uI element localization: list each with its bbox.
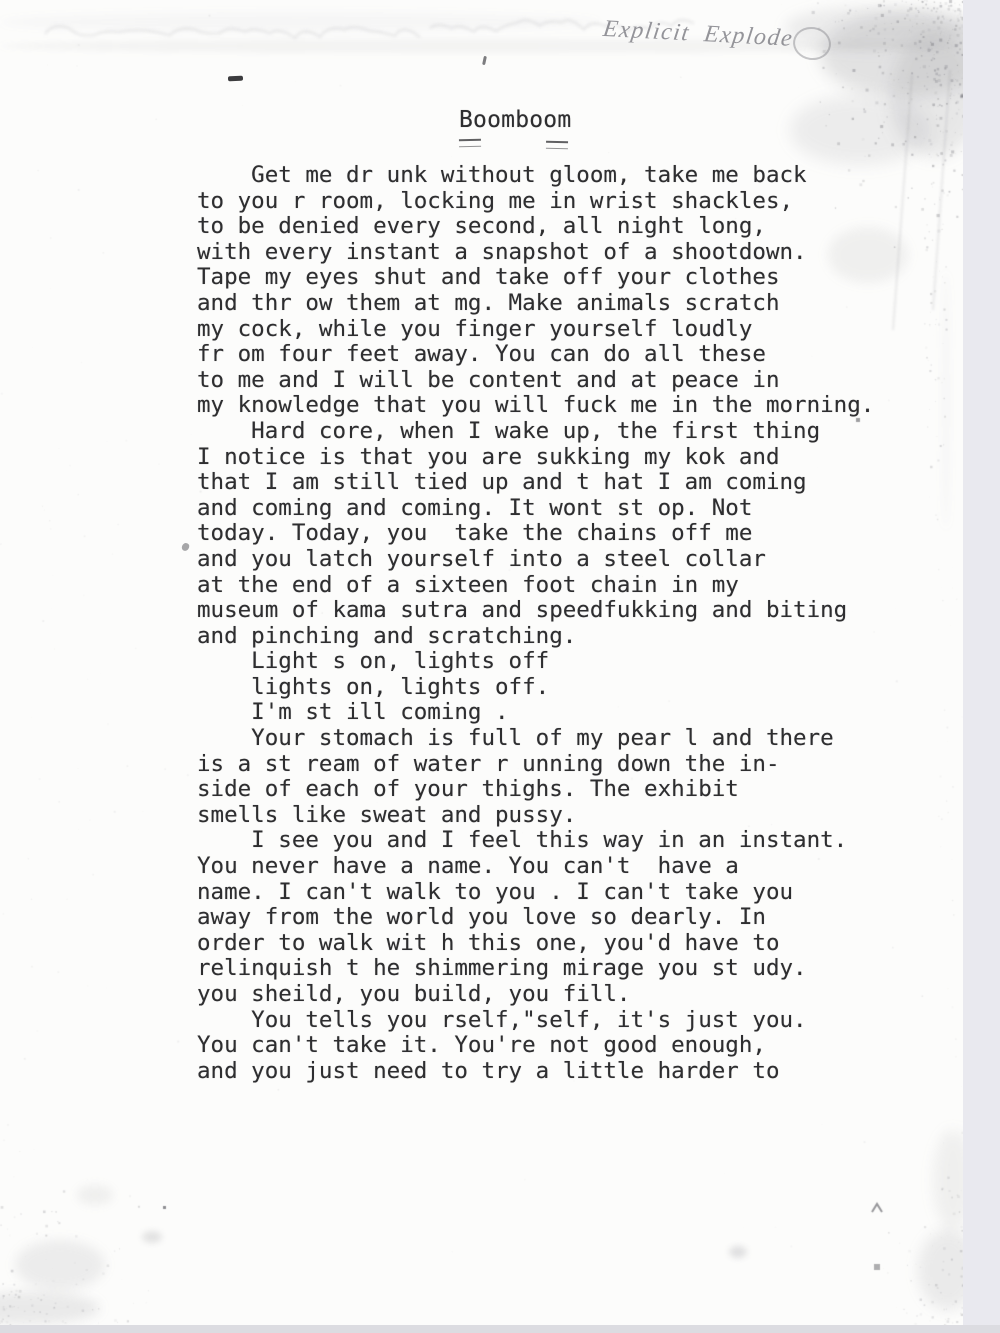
text-line: and you just need to try a little harder… xyxy=(197,1059,874,1085)
text-line: and thr ow them at mg. Make animals scra… xyxy=(197,291,874,317)
text-line: that I am still tied up and t hat I am c… xyxy=(197,470,874,496)
title-underline-left xyxy=(459,139,481,147)
text-line: lights on, lights off. xyxy=(197,675,874,701)
document-title: Boomboom xyxy=(459,107,571,133)
text-line: and coming and coming. It wont st op. No… xyxy=(197,496,874,522)
text-line: to you r room, locking me in wrist shack… xyxy=(197,189,874,215)
text-line: You tells you rself,"self, it's just you… xyxy=(197,1008,874,1034)
text-line: and you latch yourself into a steel coll… xyxy=(197,547,874,573)
text-line: fr om four feet away. You can do all the… xyxy=(197,342,874,368)
stray-ink-dash xyxy=(228,76,243,82)
text-line: my cock, while you finger yourself loudl… xyxy=(197,317,874,343)
text-line: name. I can't walk to you . I can't take… xyxy=(197,880,874,906)
text-line: side of each of your thighs. The exhibit xyxy=(197,777,874,803)
text-line: today. Today, you take the chains off me xyxy=(197,521,874,547)
text-line: to me and I will be content and at peace… xyxy=(197,368,874,394)
text-line: order to walk wit h this one, you'd have… xyxy=(197,931,874,957)
text-line: Hard core, when I wake up, the first thi… xyxy=(197,419,874,445)
text-line: I'm st ill coming . xyxy=(197,700,874,726)
text-line: Tape my eyes shut and take off your clot… xyxy=(197,265,874,291)
text-line: Your stomach is full of my pear l and th… xyxy=(197,726,874,752)
text-line: away from the world you love so dearly. … xyxy=(197,905,874,931)
text-line: museum of kama sutra and speedfukking an… xyxy=(197,598,874,624)
scan-bottom-edge xyxy=(0,1325,1000,1333)
text-line: and pinching and scratching. xyxy=(197,624,874,650)
text-line: is a st ream of water r unning down the … xyxy=(197,752,874,778)
title-underline-right xyxy=(546,141,568,149)
text-line: I see you and I feel this way in an inst… xyxy=(197,828,874,854)
handwritten-annotation: Explicit Explode xyxy=(601,16,795,53)
text-line: my knowledge that you will fuck me in th… xyxy=(197,393,874,419)
stray-ink-tick xyxy=(482,56,487,65)
text-line: smells like sweat and pussy. xyxy=(197,803,874,829)
document-viewer: Explicit Explode Boomboom Get me dr unk … xyxy=(0,0,1000,1333)
text-line: Get me dr unk without gloom, take me bac… xyxy=(197,163,874,189)
text-line: at the end of a sixteen foot chain in my xyxy=(197,573,874,599)
text-line: Light s on, lights off xyxy=(197,649,874,675)
text-line: I notice is that you are sukking my kok … xyxy=(197,445,874,471)
typewritten-body: Get me dr unk without gloom, take me bac… xyxy=(197,163,874,1084)
text-line: You can't take it. You're not good enoug… xyxy=(197,1033,874,1059)
handwritten-circle-mark xyxy=(791,25,833,63)
text-line: relinquish t he shimmering mirage you st… xyxy=(197,956,874,982)
text-line: to be denied every second, all night lon… xyxy=(197,214,874,240)
scanned-page: Explicit Explode Boomboom Get me dr unk … xyxy=(0,0,963,1325)
margin-speck xyxy=(181,542,190,552)
text-line: you sheild, you build, you fill. xyxy=(197,982,874,1008)
text-line: You never have a name. You can't have a xyxy=(197,854,874,880)
text-line: with every instant a snapshot of a shoot… xyxy=(197,240,874,266)
